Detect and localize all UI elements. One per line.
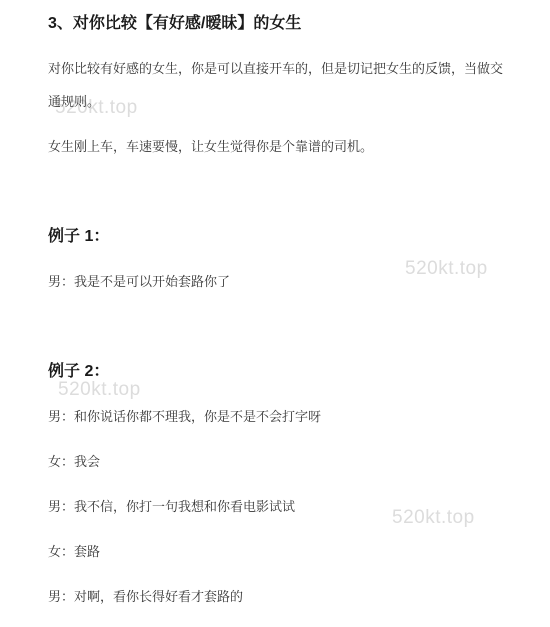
blank-line xyxy=(48,175,506,208)
article-page: 520kt.top 520kt.top 520kt.top 520kt.top … xyxy=(0,0,550,627)
dialogue-line: 女：套路 xyxy=(48,535,506,568)
example-1-heading: 例子 1： xyxy=(48,220,506,253)
blank-line xyxy=(48,310,506,343)
article-content: 3、对你比较【有好感/暧昧】的女生 对你比较有好感的女生，你是可以直接开车的，但… xyxy=(0,0,550,613)
intro-paragraph: 女生刚上车，车速要慢，让女生觉得你是个靠谱的司机。 xyxy=(48,130,506,163)
intro-paragraph: 对你比较有好感的女生，你是可以直接开车的，但是切记把女生的反馈，当做交通规则。 xyxy=(48,52,506,118)
dialogue-line: 男：和你说话你都不理我，你是不是不会打字呀 xyxy=(48,400,506,433)
dialogue-line: 女：我会 xyxy=(48,445,506,478)
dialogue-line: 男：对啊，看你长得好看才套路的 xyxy=(48,580,506,613)
section-heading: 3、对你比较【有好感/暧昧】的女生 xyxy=(48,7,506,40)
dialogue-line: 男：我不信，你打一句我想和你看电影试试 xyxy=(48,490,506,523)
dialogue-line: 男：我是不是可以开始套路你了 xyxy=(48,265,506,298)
example-2-heading: 例子 2： xyxy=(48,355,506,388)
